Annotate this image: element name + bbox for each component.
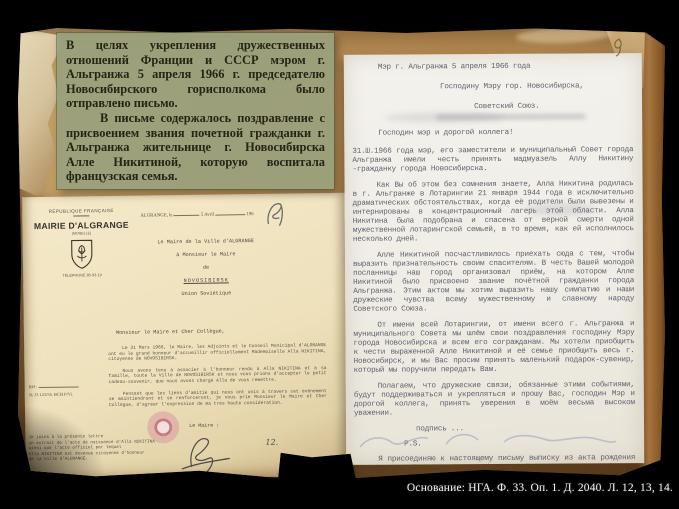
photo-corner-shadow bbox=[18, 406, 104, 478]
ps-paragraph: Я присоединяю к настоящему письму выписк… bbox=[354, 454, 635, 465]
place-label: ALGRANGE, le bbox=[140, 213, 172, 218]
paper-crease bbox=[516, 26, 612, 44]
dateline: ALGRANGE, le 5 Avril 196 bbox=[140, 210, 253, 219]
french-paragraph: Pensant que les liens d'amitié qui nous … bbox=[109, 389, 327, 409]
date-value: 5 Avril bbox=[201, 213, 214, 218]
reference-block: Réf : № 33 123/56. BCH P/Vi. bbox=[29, 383, 79, 400]
letter-salutation: Господин мэр и дорогой коллега! bbox=[378, 128, 633, 139]
pencil-mark-icon bbox=[610, 36, 626, 58]
russian-letter-page: Мэр г. Альгранжа 5 апреля 1966 года Госп… bbox=[344, 53, 644, 465]
overlay-paragraph: В целях укрепления дружественных отношен… bbox=[66, 38, 325, 111]
date-blank bbox=[174, 211, 200, 216]
coat-of-arms-icon bbox=[69, 238, 95, 270]
french-salutation: Monsieur le Maire et Cher Collègue, bbox=[116, 328, 225, 336]
pencil-mark-icon bbox=[260, 200, 288, 230]
addressee-block: Le Maire de la Ville d'ALGRANGE à Monsie… bbox=[131, 238, 282, 305]
letterhead-mairie: MAIRIE D'ALGRANGE bbox=[28, 219, 134, 230]
addressee-city: NOVOSIBIRSK bbox=[131, 277, 281, 285]
addressee-line: à Monsieur le Maire bbox=[131, 251, 281, 259]
sheet-number-mark: 12. bbox=[265, 438, 278, 447]
letter-paragraph: Полагаем, что дружеские связи, обязанные… bbox=[354, 381, 635, 419]
letterhead-moselle: (MOSELLE) bbox=[29, 230, 135, 235]
handwritten-note-mark bbox=[354, 425, 622, 455]
letter-paragraph: 31.Ш.1966 года мэр, его заместители и му… bbox=[352, 146, 633, 175]
ref-label: Réf : bbox=[29, 384, 38, 389]
letterhead-telephone: TÉLÉPHONE 85-93-19 bbox=[29, 272, 135, 277]
source-caption: Основание: НГА. Ф. 33. Оп. 1. Д. 2040. Л… bbox=[407, 482, 673, 494]
letter-from-line: Мэр г. Альгранжа 5 апреля 1966 года bbox=[378, 62, 633, 73]
overlay-text-box: В целях укрепления дружественных отношен… bbox=[57, 33, 334, 189]
year-value: 196 bbox=[246, 212, 253, 217]
letter-paragraph: От имени всей Лотарингии, от имени всего… bbox=[353, 320, 634, 376]
letterhead-republique: RÉPUBLIQUE FRANÇAISE bbox=[28, 208, 134, 214]
ref-blank bbox=[38, 383, 78, 389]
letterhead-rule bbox=[73, 215, 89, 216]
ref-number: № 33 123/56. BCH P/Vi. bbox=[29, 391, 79, 400]
french-paragraph: Nous avons tenu à associer à l'honneur r… bbox=[108, 366, 326, 386]
letter-to-line: Советский Союз. bbox=[474, 102, 633, 112]
date-blank2 bbox=[215, 210, 245, 215]
erased-smudge bbox=[436, 113, 586, 120]
french-paragraph: Le 31 Mars 1966, le Maire, les Adjoints … bbox=[108, 343, 326, 363]
french-letterhead: RÉPUBLIQUE FRANÇAISE MAIRIE D'ALGRANGE (… bbox=[28, 208, 135, 278]
addressee-country: Union Soviétique bbox=[131, 290, 281, 298]
letter-paragraph: Алле Никитиной посчастливилось приехать … bbox=[353, 250, 634, 315]
addressee-line: de bbox=[131, 264, 281, 272]
letter-paragraph: Как Вы об этом без сомнения знаете, Алла… bbox=[353, 180, 634, 245]
letter-to-line: Господину Мэру гор. Новосибирска, bbox=[440, 82, 633, 92]
french-letter-body: Le 31 Mars 1966, le Maire, les Adjoints … bbox=[108, 343, 327, 414]
closing-le-maire: Le Maire : bbox=[189, 423, 219, 429]
addressee-line: Le Maire de la Ville d'ALGRANGE bbox=[131, 238, 281, 246]
overlay-paragraph: В письме содержалось поздравление с прис… bbox=[66, 111, 325, 184]
